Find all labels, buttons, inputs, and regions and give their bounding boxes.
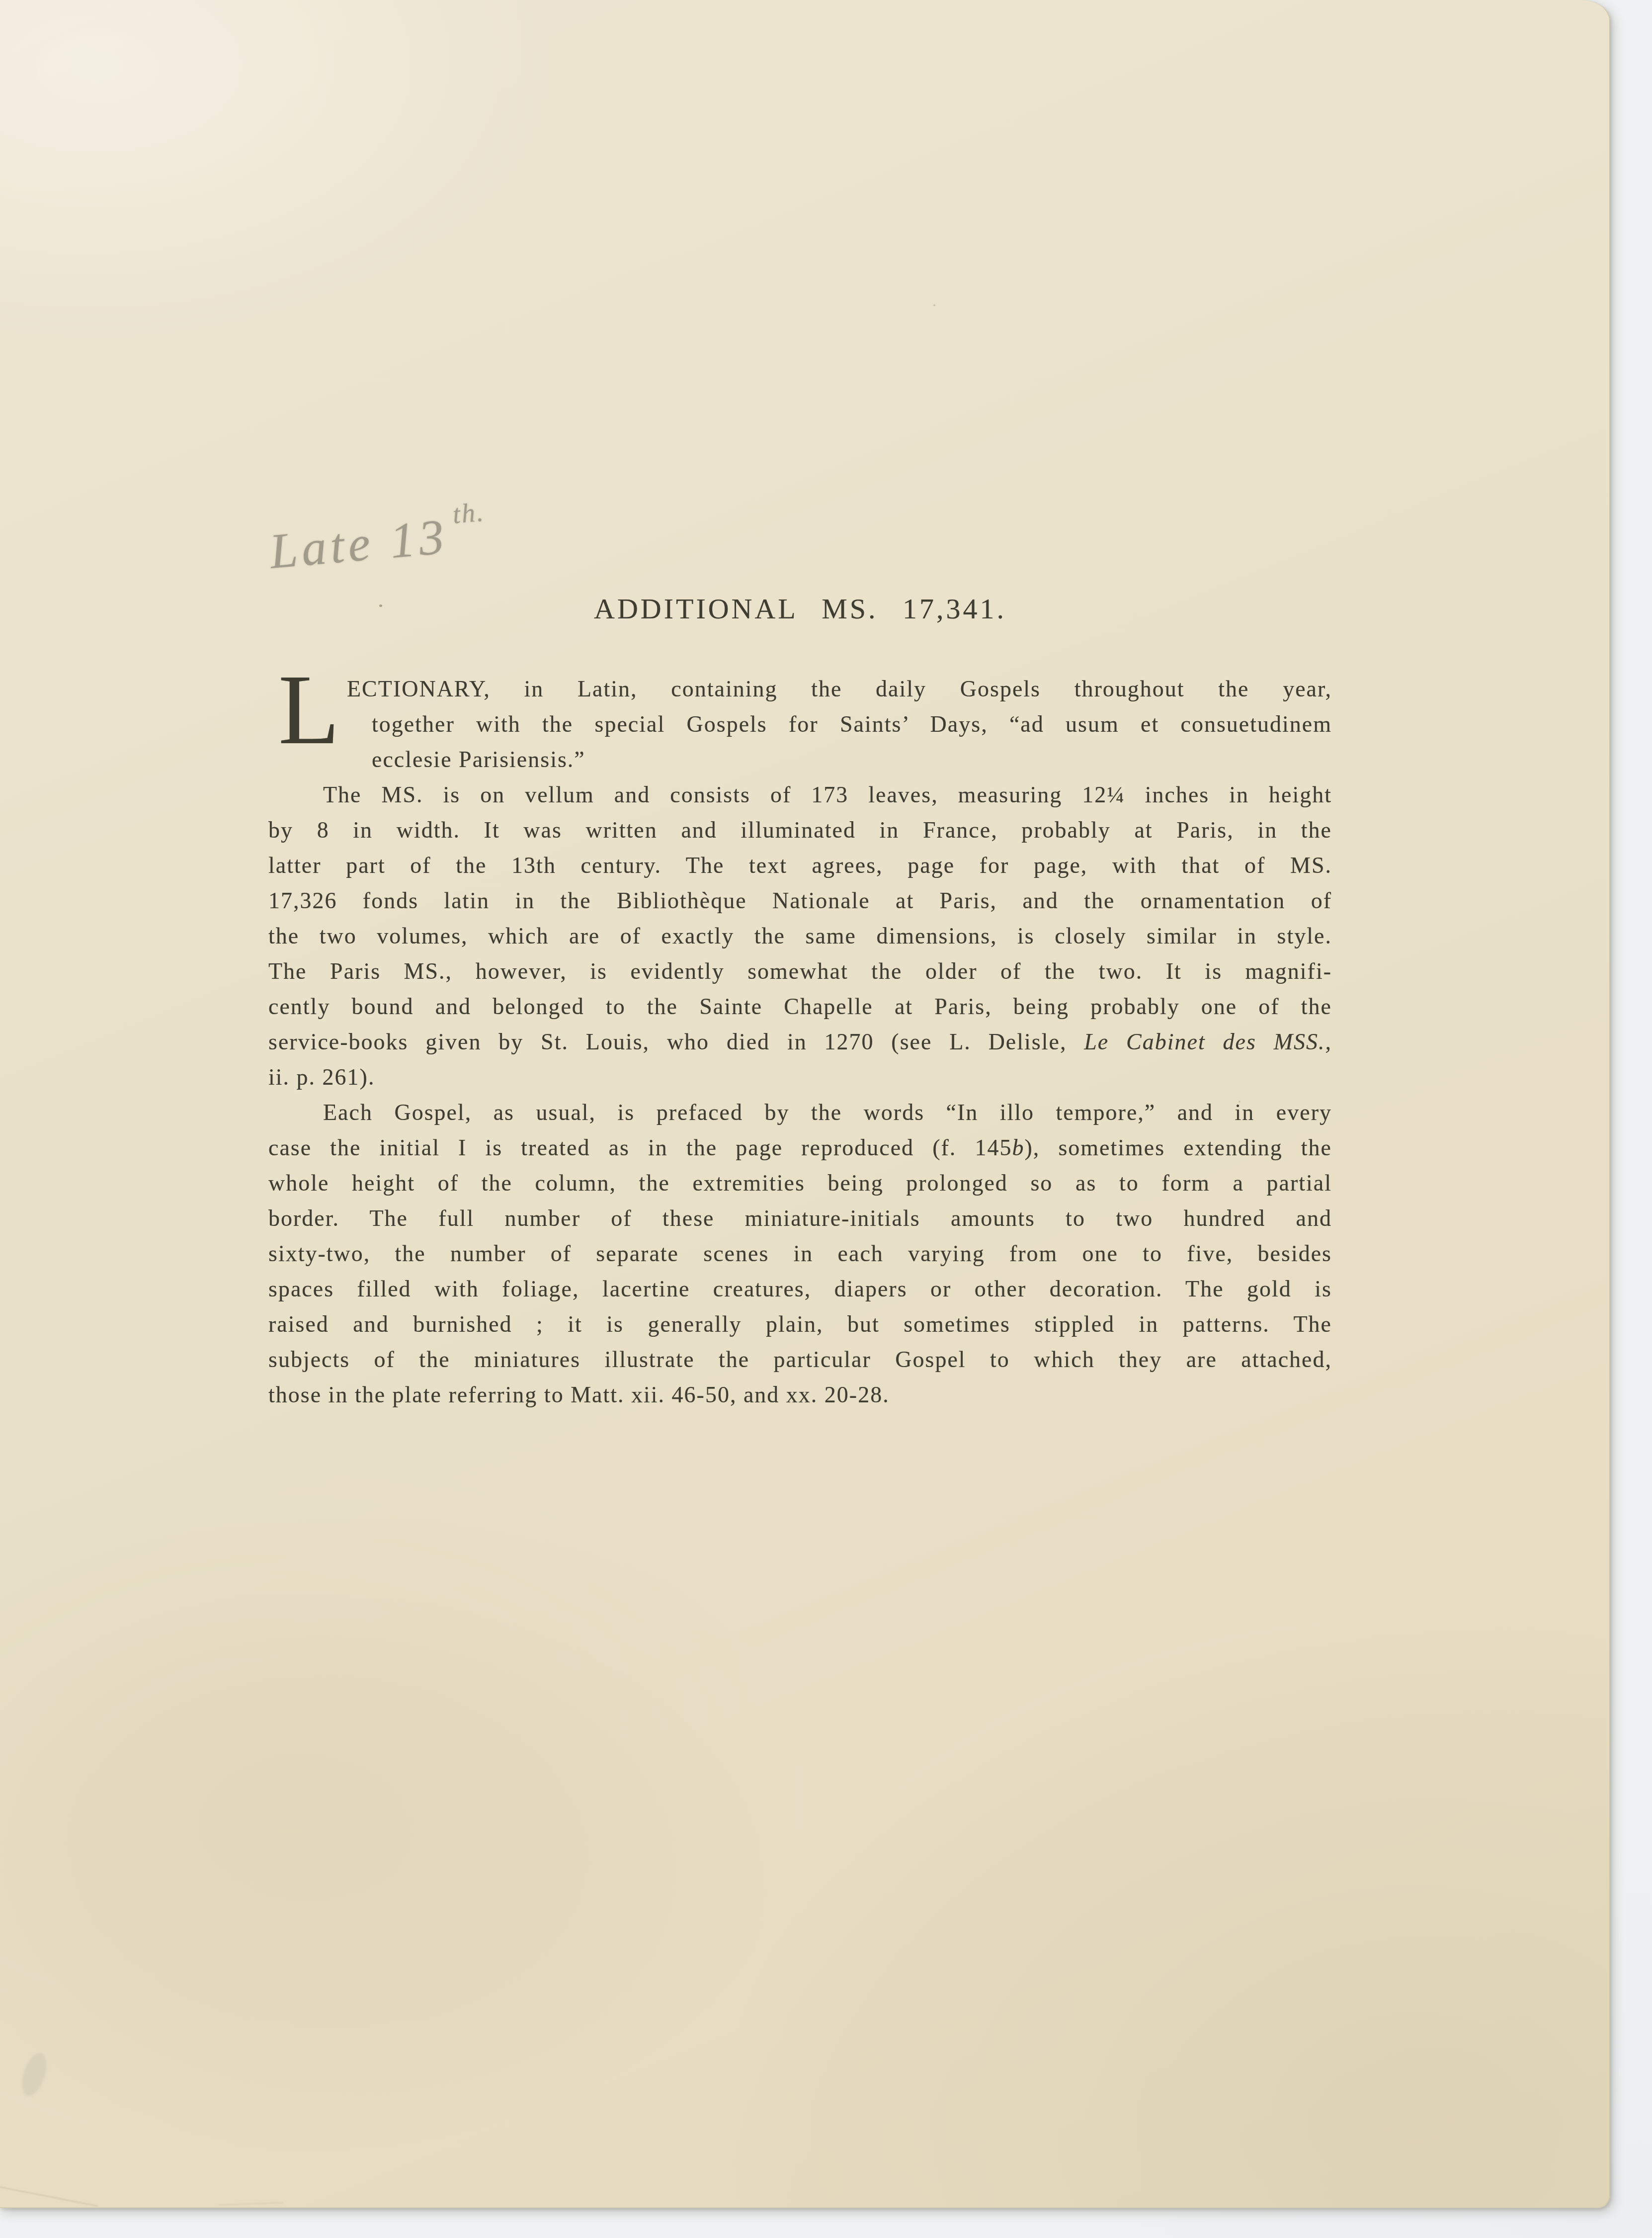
text-run: border. The full number of these miniatu… xyxy=(268,1205,1332,1231)
text-run: Each Gospel, as usual, is prefaced by th… xyxy=(323,1100,1332,1125)
text-run: case the initial I is treated as in the … xyxy=(268,1135,1012,1160)
text-line: together with the special Gospels for Sa… xyxy=(268,706,1332,742)
text-run: whole height of the column, the extremit… xyxy=(268,1170,1332,1196)
text-run: raised and burnished ; it is generally p… xyxy=(268,1311,1332,1337)
text-line: case the initial I is treated as in the … xyxy=(268,1130,1332,1165)
text-run: The Paris MS., however, is evidently som… xyxy=(268,958,1332,984)
text-line: service-books given by St. Louis, who di… xyxy=(268,1024,1332,1059)
text-line: raised and burnished ; it is generally p… xyxy=(268,1306,1332,1342)
text-line: the two volumes, which are of exactly th… xyxy=(268,918,1332,953)
text-run: ), sometimes extending the xyxy=(1024,1135,1332,1160)
text-run: spaces filled with foliage, lacertine cr… xyxy=(268,1276,1332,1301)
text-run: subjects of the miniatures illustrate th… xyxy=(268,1347,1332,1372)
text-run: latter part of the 13th century. The tex… xyxy=(268,853,1332,878)
paper-speck xyxy=(933,304,935,306)
text-run: ecclesie Parisiensis.” xyxy=(372,747,585,772)
italic-text-run: b xyxy=(1012,1135,1024,1160)
text-line: 17,326 fonds latin in the Bibliothèque N… xyxy=(268,883,1332,918)
text-line: those in the plate referring to Matt. xi… xyxy=(268,1377,1332,1412)
text-run: by 8 in width. It was written and illumi… xyxy=(268,817,1332,843)
text-run: cently bound and belonged to the Sainte … xyxy=(268,994,1332,1019)
text-line: ii. p. 261). xyxy=(268,1059,1332,1095)
text-run: together with the special Gospels for Sa… xyxy=(372,711,1332,737)
text-line: spaces filled with foliage, lacertine cr… xyxy=(268,1271,1332,1306)
text-run: 17,326 fonds latin in the Bibliothèque N… xyxy=(268,888,1332,913)
text-line: cently bound and belonged to the Sainte … xyxy=(268,989,1332,1024)
text-run: the two volumes, which are of exactly th… xyxy=(268,923,1332,948)
text-line: Each Gospel, as usual, is prefaced by th… xyxy=(268,1095,1332,1130)
text-line: The MS. is on vellum and consists of 173… xyxy=(268,777,1332,812)
body-text: LECTIONARY, in Latin, containing the dai… xyxy=(268,671,1332,1412)
text-line: latter part of the 13th century. The tex… xyxy=(268,848,1332,883)
text-line: subjects of the miniatures illustrate th… xyxy=(268,1342,1332,1377)
paper-crease xyxy=(0,2186,98,2207)
pencil-annotation-superscript: th. xyxy=(451,497,486,529)
text-run: those in the plate referring to Matt. xi… xyxy=(268,1382,890,1407)
text-line: whole height of the column, the extremit… xyxy=(268,1165,1332,1201)
text-run: The MS. is on vellum and consists of 173… xyxy=(323,782,1332,807)
drop-cap-initial: L xyxy=(278,659,340,760)
text-run: service-books given by St. Louis, who di… xyxy=(268,1029,1084,1054)
paper-crease xyxy=(219,2202,283,2206)
page-title: ADDITIONAL MS. 17,341. xyxy=(268,595,1332,623)
paragraph-2: The MS. is on vellum and consists of 173… xyxy=(268,777,1332,1095)
text-line: ecclesie Parisiensis.” xyxy=(268,742,1332,777)
italic-text-run: Le Cabinet des MSS., xyxy=(1084,1029,1332,1054)
text-run: sixty-two, the number of separate scenes… xyxy=(268,1241,1332,1266)
paper-speck xyxy=(379,604,382,607)
text-run: ii. p. 261). xyxy=(268,1064,375,1090)
paper-speck xyxy=(1239,1101,1240,1103)
text-run: ECTIONARY, in Latin, containing the dail… xyxy=(347,676,1332,701)
pencil-annotation: Late 13th. xyxy=(267,497,489,579)
text-line: by 8 in width. It was written and illumi… xyxy=(268,812,1332,848)
paragraph-1: LECTIONARY, in Latin, containing the dai… xyxy=(268,671,1332,777)
pencil-annotation-text: Late 13 xyxy=(267,509,450,579)
pencil-smudge xyxy=(17,2050,51,2099)
text-line: border. The full number of these miniatu… xyxy=(268,1201,1332,1236)
text-line: The Paris MS., however, is evidently som… xyxy=(268,953,1332,989)
paper-page: Late 13th. ADDITIONAL MS. 17,341. LECTIO… xyxy=(0,0,1610,2208)
text-line: ECTIONARY, in Latin, containing the dail… xyxy=(268,671,1332,706)
scanned-document: Late 13th. ADDITIONAL MS. 17,341. LECTIO… xyxy=(0,0,1652,2238)
paragraph-3: Each Gospel, as usual, is prefaced by th… xyxy=(268,1095,1332,1412)
text-line: sixty-two, the number of separate scenes… xyxy=(268,1236,1332,1271)
